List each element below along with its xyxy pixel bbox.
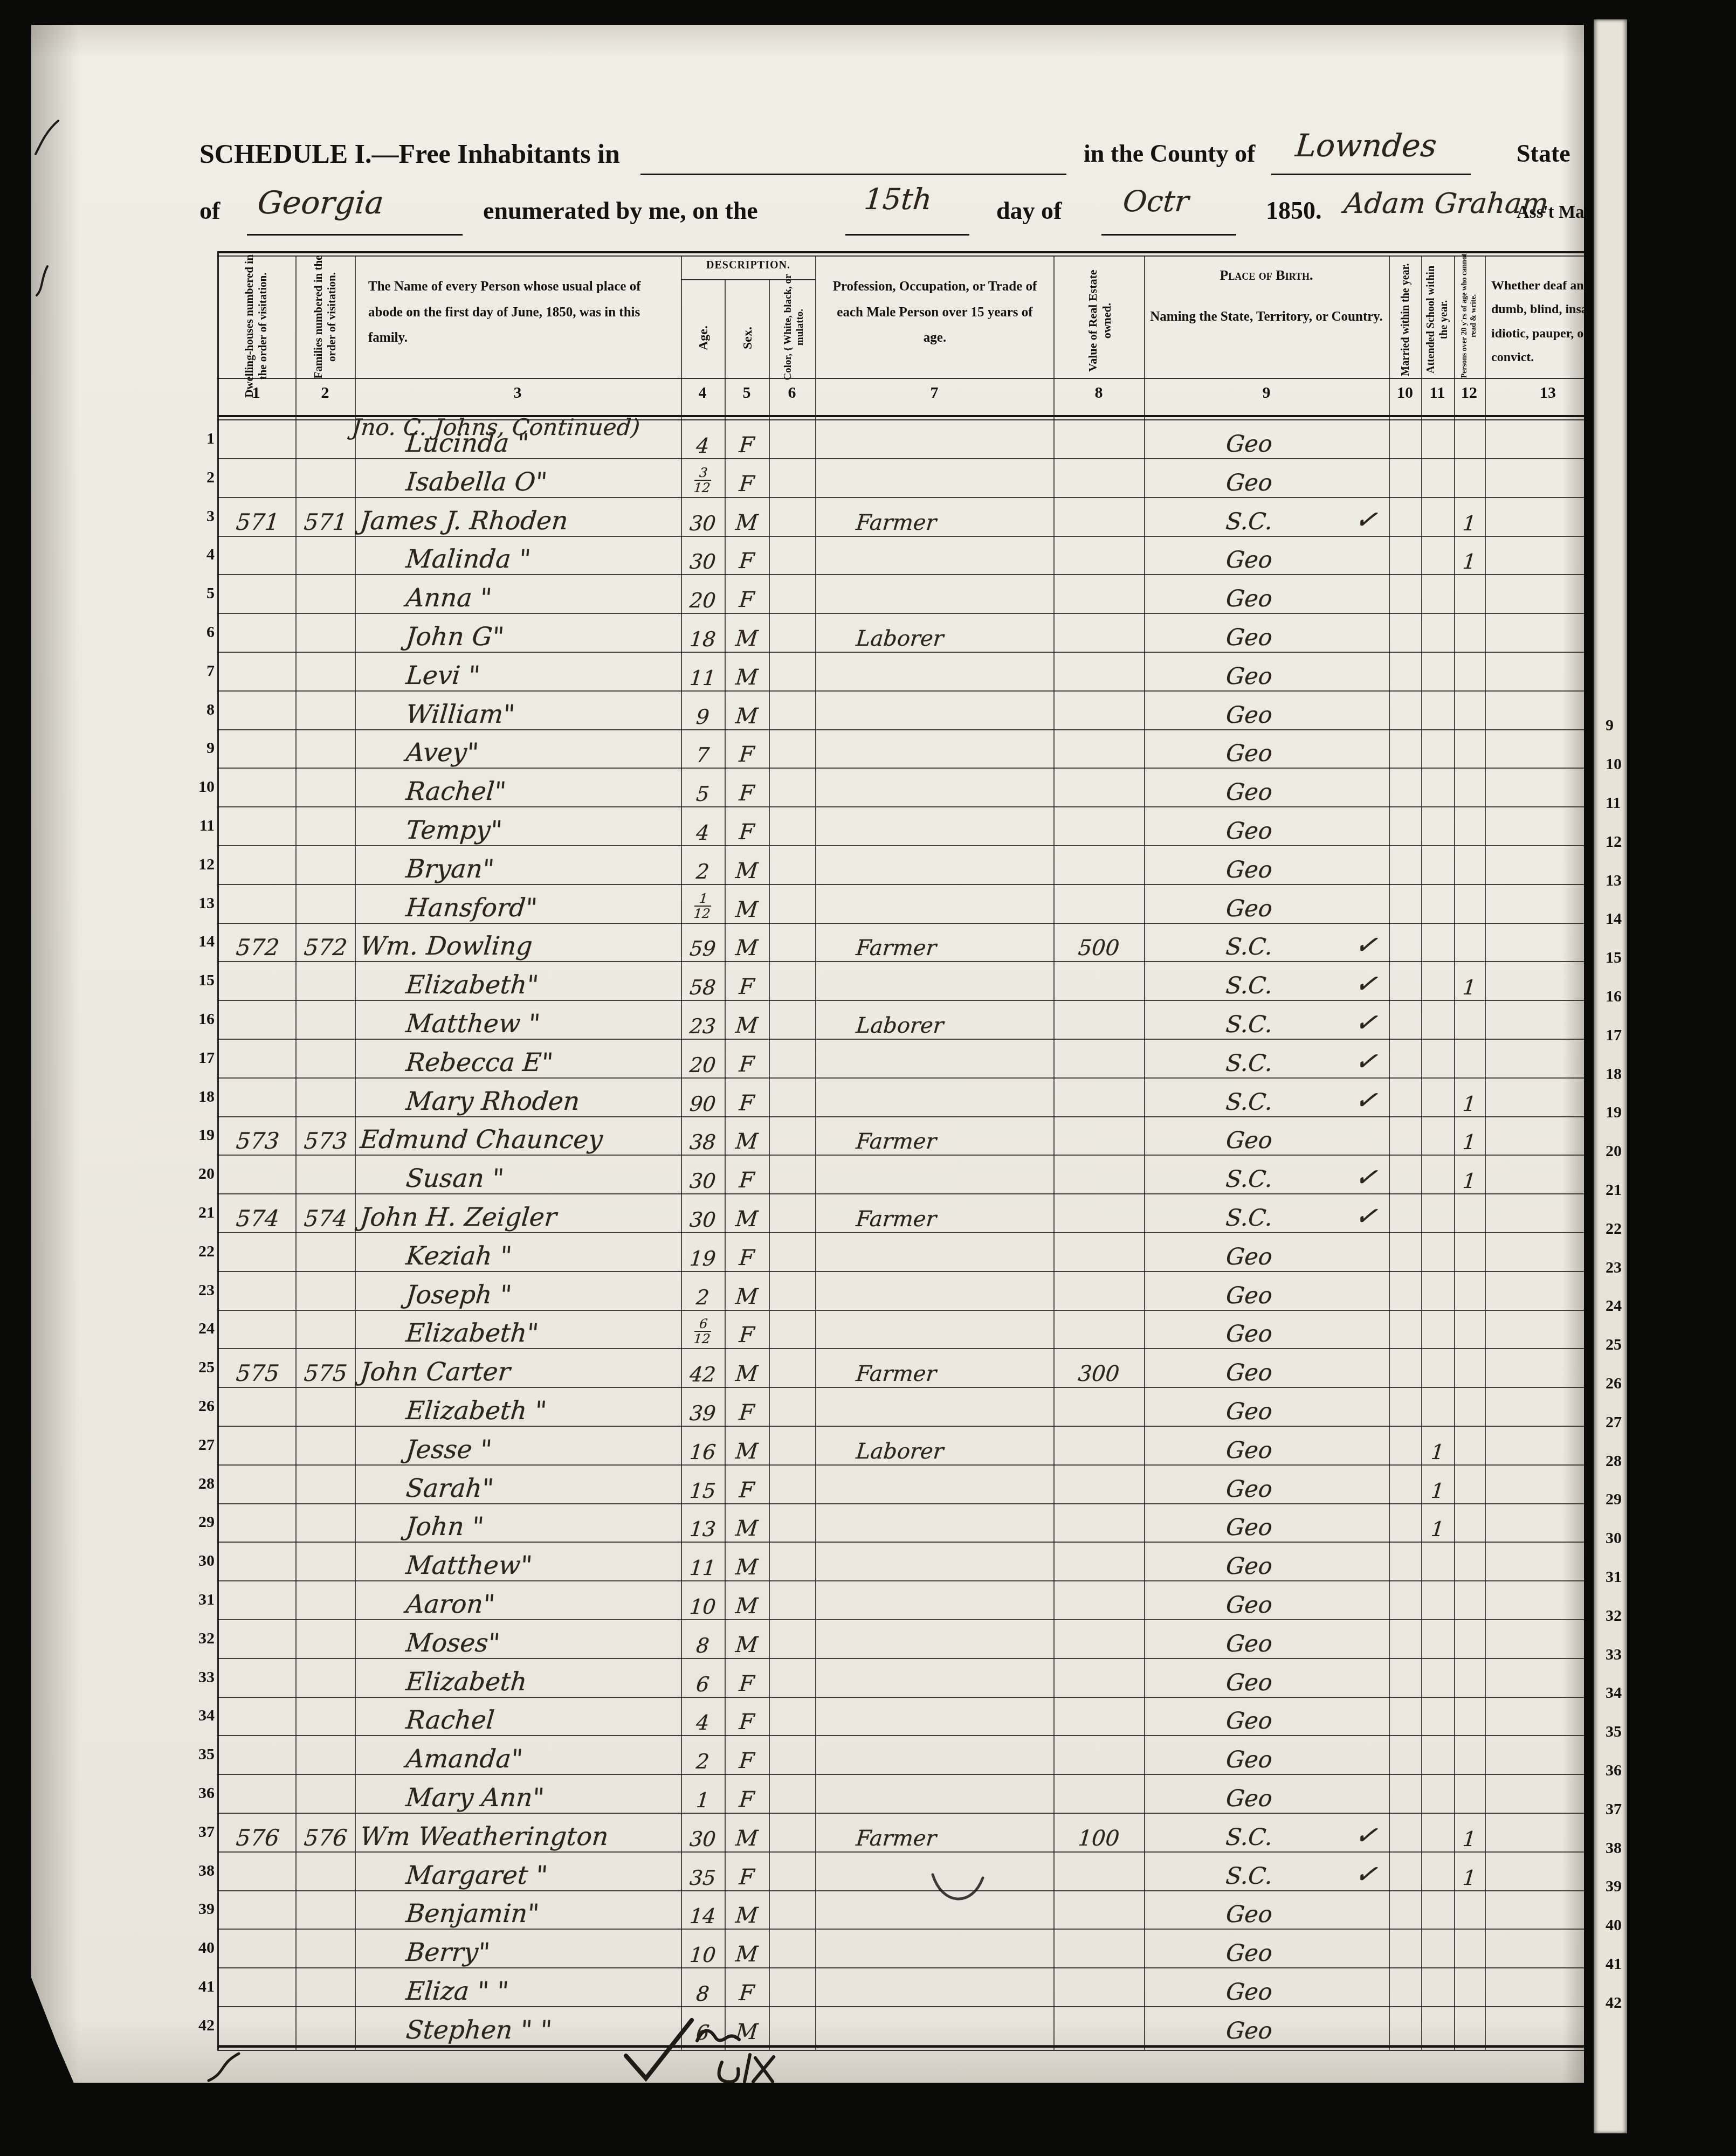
birthplace-checkmark [1355,1731,1389,1735]
person-name: Keziah " [359,1243,725,1269]
sex-value: M [724,1634,769,1656]
birthplace-checkmark [1355,1925,1389,1929]
line-number: 29 [177,1513,215,1531]
birthplace-value: Geo [1143,1749,1355,1772]
age-value: 23 [680,1016,725,1036]
occupation-value: Laborer [855,628,1051,649]
table-top-rule [217,251,1584,253]
person-name: Avey" [359,740,725,765]
birthplace-checkmark: ✓ [1354,969,1391,999]
sex-value: F [724,1789,769,1811]
sex-value: M [724,1131,769,1152]
table-row: 5 Anna " 20 F Geo [166,575,1584,613]
sex-value: F [724,1480,769,1501]
col-header-sex: Sex. [731,306,764,370]
birthplace-value: S.C. [1143,510,1355,534]
birthplace-checkmark: ✓ [1354,1163,1391,1193]
family-number: 572 [295,936,356,959]
birthplace-checkmark: ✓ [1354,1860,1391,1890]
birthplace-checkmark: ✓ [1354,505,1391,535]
person-name: Elizabeth" [359,972,725,998]
age-value: 18 [680,629,725,649]
birthplace-checkmark [1355,1809,1389,1813]
adjacent-page-line-number: 11 [1606,794,1627,816]
birthplace-value: S.C. [1143,1207,1355,1230]
adjacent-page-line-number: 30 [1606,1529,1627,1551]
real-estate-value: 100 [1052,1828,1145,1849]
col-header-age: Age. [687,306,720,370]
row-rule [217,2045,1584,2046]
age-value: 4 [680,823,725,843]
table-top-rule-2 [217,255,1584,257]
table-row: 24 Elizabeth" 612 F Geo [166,1310,1584,1349]
table-row: 17 Rebecca E" 20 F S.C. ✓ [166,1039,1584,1078]
year-value: 1850. [1266,196,1322,225]
birthplace-value: Geo [1143,1362,1355,1385]
person-name: Isabella O" [359,469,725,495]
line-number: 4 [177,545,215,564]
table-row: 7 Levi " 11 M Geo [166,652,1584,691]
age-value: 612 [680,1317,726,1346]
table-row: 10 Rachel" 5 F Geo [166,768,1584,807]
attended-school-mark: 1 [1420,1481,1455,1501]
birthplace-checkmark [1355,454,1389,458]
adjacent-page-line-number: 26 [1606,1374,1627,1396]
col-num-8: 8 [1074,384,1123,402]
age-value: 20 [680,590,725,611]
sex-value: F [724,1673,769,1695]
line-number: 7 [177,662,215,680]
table-row: 12 Bryan" 2 M Geo [166,846,1584,884]
age-value: 20 [680,1055,725,1075]
adjacent-page-line-number: 18 [1606,1065,1627,1087]
line-number: 15 [177,971,215,990]
sex-value: M [724,937,769,959]
col-header-dwelling: Dwelling-houses numbered in the order of… [220,253,292,399]
sex-value: F [724,1867,769,1888]
birthplace-checkmark: ✓ [1354,1086,1391,1116]
birthplace-checkmark [1355,919,1389,923]
person-name: Matthew" [359,1553,725,1578]
ink-mark-left-top [31,116,64,160]
locality-blank-line [640,174,1066,175]
age-value: 5 [680,784,725,804]
line-number: 42 [177,2016,215,2035]
sex-value: F [724,976,769,998]
line-number: 6 [177,623,215,641]
birthplace-value: Geo [1143,1633,1355,1656]
header-number-rule [217,378,1584,379]
birthplace-checkmark [1355,648,1389,652]
dwelling-number: 572 [219,936,297,959]
birthplace-checkmark [1355,1422,1389,1426]
dwelling-number: 576 [219,1827,297,1849]
birthplace-value: Geo [1143,1129,1355,1152]
birthplace-checkmark [1355,1538,1389,1542]
line-number: 5 [177,584,215,603]
line-number: 22 [177,1242,215,1261]
col-num-13: 13 [1524,384,1572,402]
age-value: 59 [680,938,725,959]
adjacent-page-line-number: 31 [1606,1568,1627,1590]
line-number: 26 [177,1397,215,1415]
birthplace-value: S.C. [1143,1826,1355,1849]
person-name: Wm Weatherington [359,1824,679,1849]
ink-mark-left-mid [31,262,58,300]
adjacent-page-line-number: 42 [1606,1994,1627,2015]
col-num-1: 1 [232,384,280,402]
age-value: 90 [680,1094,725,1114]
age-value: 14 [680,1906,725,1926]
table-row: 36 Mary Ann" 1 F Geo [166,1774,1584,1813]
sex-value: F [724,1093,769,1114]
birthplace-checkmark [1355,1654,1389,1658]
adjacent-page-line-number: 28 [1606,1452,1627,1474]
real-estate-value: 500 [1052,937,1145,959]
age-value: 38 [680,1132,725,1152]
col-header-birthplace-sub: Naming the State, Territory, or Country. [1149,301,1383,333]
age-value: 1 [680,1790,725,1811]
person-name: Benjamin" [359,1901,725,1926]
sex-value: F [724,744,769,765]
continued-note: Jno. C. Johns, Continued) [351,414,641,440]
table-row: 37 576 576 Wm Weatherington 30 M Farmer … [166,1813,1584,1852]
sex-value: M [724,899,769,921]
birthplace-checkmark [1355,687,1389,690]
cannot-read-write-mark: 1 [1453,1132,1485,1152]
sex-value: F [724,1402,769,1423]
adjacent-page-line-number: 9 [1606,716,1627,738]
dwelling-number: 573 [219,1130,297,1152]
birthplace-value: Geo [1143,742,1355,765]
family-number: 573 [295,1130,356,1152]
birthplace-value: Geo [1143,588,1355,611]
sex-value: M [724,1905,769,1926]
col-header-color: Color, { White, black, or mulatto. [771,264,817,391]
birthplace-checkmark [1355,803,1389,806]
table-row: 6 John G" 18 M Laborer Geo [166,613,1584,652]
dwelling-number: 575 [219,1362,297,1385]
birthplace-value: Geo [1143,1516,1355,1539]
birthplace-value: Geo [1143,1400,1355,1423]
person-name: Moses" [359,1630,725,1656]
census-page: SCHEDULE I.—Free Inhabitants in in the C… [31,25,1584,2083]
age-value: 39 [680,1403,725,1423]
cannot-read-write-mark: 1 [1453,1171,1485,1191]
line-number: 1 [177,430,215,448]
table-row: 21 574 574 John H. Zeigler 30 M Farmer S… [166,1194,1584,1233]
col-header-illiterate: Persons over 20 y'rs of age who cannot r… [1455,251,1485,381]
birthplace-value: S.C. [1143,1865,1355,1888]
age-value: 2 [680,861,725,882]
line-number: 30 [177,1552,215,1570]
sex-value: M [724,512,769,534]
person-name: Eliza " " [359,1979,725,2004]
sex-value: F [724,1054,769,1075]
birthplace-value: Geo [1143,1594,1355,1617]
line-number: 8 [177,701,215,719]
table-row: 4 Malinda " 30 F Geo 1 [166,536,1584,575]
age-value: 9 [680,707,725,727]
ink-scribble-bottom [616,2013,794,2083]
person-name: Jesse " [359,1437,725,1462]
adjacent-page-line-number: 10 [1606,755,1627,777]
person-name: Rachel" [359,779,725,804]
person-name: Anna " [359,585,725,611]
age-value: 8 [680,1635,725,1656]
person-name: Levi " [359,663,725,688]
col-header-name: The Name of every Person whose usual pla… [368,274,670,351]
person-name: James J. Rhoden [359,508,679,534]
birthplace-value: Geo [1143,781,1355,804]
table-row: 8 William" 9 M Geo [166,691,1584,730]
occupation-value: Farmer [855,1131,1051,1152]
sex-value: M [724,667,769,688]
real-estate-value: 300 [1052,1363,1145,1385]
sex-value: M [724,1557,769,1578]
col-header-families: Families numbered in the order of visita… [298,244,352,390]
occupation-value: Laborer [855,1015,1051,1036]
line-number: 27 [177,1436,215,1454]
line-number: 14 [177,932,215,951]
col-num-12: 12 [1445,384,1493,402]
birthplace-checkmark [1355,1499,1389,1503]
cannot-read-write-mark: 1 [1453,1094,1485,1114]
sex-value: M [724,1363,769,1385]
age-value: 2 [680,1287,725,1308]
adjacent-page-line-number: 23 [1606,1259,1627,1280]
person-name: Berry" [359,1940,725,1965]
family-number: 574 [295,1207,356,1230]
line-number: 28 [177,1475,215,1493]
person-name: Aaron" [359,1592,725,1617]
age-value: 11 [680,1558,725,1578]
birthplace-checkmark: ✓ [1354,930,1391,960]
table-row: 16 Matthew " 23 M Laborer S.C. ✓ [166,1000,1584,1039]
birthplace-checkmark [1355,1770,1389,1774]
line-number: 25 [177,1358,215,1377]
birthplace-checkmark [1355,1964,1389,1967]
family-number: 571 [295,511,356,534]
occupation-value: Farmer [855,1208,1051,1230]
birthplace-value: Geo [1143,472,1355,495]
line-number: 13 [177,894,215,913]
sex-value: M [724,860,769,882]
table-row: 2 Isabella O" 312 F Geo [166,459,1584,497]
sex-value: M [724,1518,769,1539]
table-row: 32 Moses" 8 M Geo [166,1620,1584,1659]
of-label: of [199,196,220,225]
line-number: 37 [177,1823,215,1841]
birthplace-value: Geo [1143,1478,1355,1501]
table-row: 35 Amanda" 2 F Geo [166,1736,1584,1774]
adjacent-page-line-number: 15 [1606,949,1627,970]
table-row: 42 Stephen " " 6 M Geo [166,2007,1584,2046]
line-number: 23 [177,1281,215,1300]
col-header-married: Married within the year. [1390,258,1422,382]
age-value: 30 [680,1829,725,1849]
age-value: 112 [680,892,726,921]
birthplace-checkmark [1355,1151,1389,1155]
adjacent-page-line-number: 17 [1606,1026,1627,1048]
ink-mark-row39-loop [926,1868,996,1911]
age-value: 11 [680,668,725,688]
county-label: in the County of [1084,139,1255,168]
person-name: John Carter [359,1359,679,1385]
age-value: 2 [680,1751,725,1772]
person-name: Edmund Chauncey [359,1127,679,1152]
sex-value: F [724,1711,769,1733]
line-number: 35 [177,1745,215,1764]
sex-value: F [724,1324,769,1346]
birthplace-checkmark [1355,570,1389,574]
birthplace-checkmark [1355,1383,1389,1387]
table-row: 31 Aaron" 10 M Geo [166,1581,1584,1620]
age-value: 10 [680,1945,725,1965]
line-number: 39 [177,1900,215,1918]
person-name: John G" [359,624,725,649]
marshal-title: Ass't Marshal. [1517,203,1584,223]
birthplace-value: Geo [1143,1284,1355,1308]
birthplace-value: Geo [1143,1981,1355,2004]
col-header-school: Attended School within the year. [1422,258,1453,382]
line-number: 2 [177,468,215,487]
age-value: 30 [680,513,725,534]
line-number: 32 [177,1629,215,1648]
census-scan: SCHEDULE I.—Free Inhabitants in in the C… [0,0,1736,2156]
line-number: 40 [177,1939,215,1957]
adjacent-page-line-number: 35 [1606,1723,1627,1744]
family-number: 575 [295,1362,356,1385]
cannot-read-write-mark: 1 [1453,1868,1485,1888]
birthplace-value: Geo [1143,2020,1355,2043]
age-value: 10 [680,1597,725,1617]
table-row: 38 Margaret " 35 F S.C. ✓ 1 [166,1852,1584,1891]
age-value: 4 [680,1712,725,1733]
county-name: Lowndes [1294,127,1438,164]
col-header-condition: Whether deaf and dumb, blind, insane, id… [1491,274,1584,370]
sex-value: M [724,1944,769,1965]
adjacent-page-line-number: 39 [1606,1877,1627,1899]
adjacent-page-line-number: 20 [1606,1142,1627,1164]
birthplace-value: Geo [1143,665,1355,688]
sex-value: M [724,1286,769,1308]
col-header-birthplace-title: Place of Birth. [1149,268,1383,282]
col-num-7: 7 [910,384,959,402]
line-number: 20 [177,1165,215,1183]
birthplace-checkmark: ✓ [1354,1821,1391,1851]
age-value: 30 [680,1171,725,1191]
age-value: 42 [680,1364,725,1385]
age-value: 19 [680,1248,725,1269]
table-row: 28 Sarah" 15 F Geo 1 [166,1465,1584,1504]
age-value: 8 [680,1984,725,2004]
line-number: 18 [177,1088,215,1106]
birthplace-value: S.C. [1143,1052,1355,1075]
adjacent-page-line-number: 38 [1606,1839,1627,1861]
person-name: Susan " [359,1166,725,1191]
county-blank-line [1271,174,1471,175]
age-value: 16 [680,1442,725,1462]
col-header-real-estate: Value of Real Estate owned. [1068,253,1132,388]
line-number: 21 [177,1204,215,1222]
birthplace-value: Geo [1143,433,1355,456]
occupation-value: Farmer [855,937,1051,959]
person-name: Mary Ann" [359,1785,725,1811]
sex-value: F [724,1982,769,2004]
age-value: 6 [680,1674,725,1695]
line-number: 36 [177,1784,215,1802]
table-row: 13 Hansford" 112 M Geo [166,884,1584,923]
table-row: 23 Joseph " 2 M Geo [166,1272,1584,1310]
col-num-6: 6 [768,384,816,402]
birthplace-value: Geo [1143,1710,1355,1733]
cannot-read-write-mark: 1 [1453,1829,1485,1849]
table-row: 26 Elizabeth " 39 F Geo [166,1387,1584,1426]
person-name: Rebecca E" [359,1050,725,1075]
birthplace-value: Geo [1143,626,1355,649]
birthplace-value: Geo [1143,1555,1355,1578]
adjacent-page-line-number: 37 [1606,1800,1627,1822]
line-number: 16 [177,1010,215,1028]
birthplace-value: S.C. [1143,1091,1355,1114]
adjacent-page-line-number: 27 [1606,1413,1627,1435]
birthplace-checkmark [1355,1577,1389,1580]
table-row: 39 Benjamin" 14 M Geo [166,1890,1584,1929]
adjacent-page-line-number: 40 [1606,1916,1627,1938]
col-header-profession: Profession, Occupation, or Trade of each… [829,274,1041,351]
person-name: Elizabeth" [359,1321,725,1346]
occupation-value: Farmer [855,1828,1051,1849]
table-row: 40 Berry" 10 M Geo [166,1929,1584,1968]
adjacent-page-line-number: 13 [1606,872,1627,893]
attended-school-mark: 1 [1420,1519,1455,1539]
sex-value: M [724,1441,769,1462]
sex-value: F [724,1170,769,1191]
adjacent-page-line-number: 34 [1606,1684,1627,1705]
month-value: Octr [1121,184,1190,218]
line-number: 34 [177,1706,215,1725]
line-number: 31 [177,1591,215,1609]
adjacent-page-line-number: 22 [1606,1220,1627,1241]
table-row: 18 Mary Rhoden 90 F S.C. ✓ 1 [166,1078,1584,1117]
birthplace-value: Geo [1143,859,1355,882]
person-name: Mary Rhoden [359,1089,725,1114]
col-num-2: 2 [301,384,349,402]
birthplace-value: Geo [1143,704,1355,727]
adjacent-page-edge: 9101112131415161718192021222324252627282… [1594,19,1627,2133]
adjacent-page-line-number: 24 [1606,1297,1627,1318]
birthplace-value: Geo [1143,897,1355,921]
table-row: 20 Susan " 30 F S.C. ✓ 1 [166,1155,1584,1194]
birthplace-checkmark [1355,2041,1389,2045]
table-row: 22 Keziah " 19 F Geo [166,1233,1584,1272]
birthplace-value: S.C. [1143,975,1355,998]
occupation-value: Farmer [855,1363,1051,1385]
age-value: 7 [680,745,725,765]
birthplace-value: Geo [1143,1246,1355,1269]
birthplace-checkmark [1355,764,1389,768]
col-num-3: 3 [493,384,542,402]
sex-value: M [724,1015,769,1036]
age-value: 30 [680,1210,725,1230]
birthplace-value: S.C. [1143,1013,1355,1036]
person-name: Bryan" [359,856,725,882]
adjacent-page-line-number: 12 [1606,833,1627,854]
person-name: John " [359,1514,725,1539]
birthplace-checkmark [1355,2002,1389,2006]
birthplace-value: Geo [1143,1787,1355,1811]
